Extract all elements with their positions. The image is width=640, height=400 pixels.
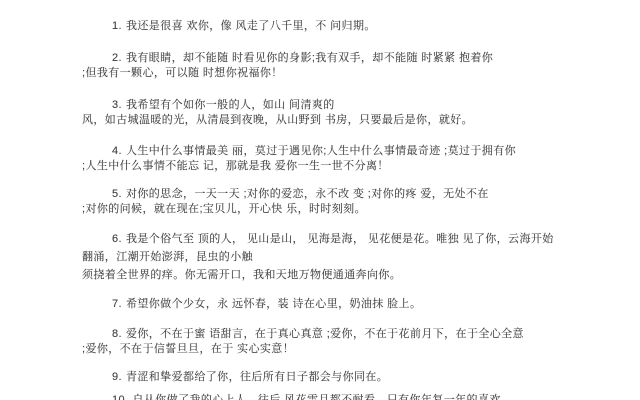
paragraph-number: 2. [112,52,122,64]
document-page: 1.我还是很喜 欢你，像 风走了八千里，不 问归期。2.我有眼睛，却不能随 时看… [0,0,640,400]
paragraph-list: 1.我还是很喜 欢你，像 风走了八千里，不 问归期。2.我有眼睛，却不能随 时看… [82,19,562,400]
paragraph: 6.我是个俗气至 顶的人， 见山是山， 见海是海， 见花便是花。唯独 见了你，云… [82,230,562,284]
paragraph-first-line: 1.我还是很喜 欢你，像 风走了八千里，不 问归期。 [82,19,562,34]
paragraph: 3.我希望有个如你一般的人，如山 间清爽的风，如古城温暖的光，从清晨到夜晚，从山… [82,98,562,128]
paragraph-first-line: 9.青涩和挚爱都给了你，往后所有日子都会与你同在。 [82,370,562,385]
paragraph-line: ;人生中什么事情不能忘 记，那就是我 爱你一生一世不分离！ [82,159,562,174]
paragraph-line: ;爱你，不在于信誓旦旦，在于 实心实意！ [82,342,562,357]
paragraph-first-line: 5.对你的思念，一天一天 ;对你的爱恋，永不改 变 ;对你的疼 爱，无处不在 [82,187,562,202]
paragraph-line: 须挠着全世界的痒。你无需开口，我和天地万物便通通奔向你。 [82,266,562,284]
paragraph: 5.对你的思念，一天一天 ;对你的爱恋，永不改 变 ;对你的疼 爱，无处不在;对… [82,187,562,217]
paragraph-line: ;但我有一颗心，可以随 时想你祝福你！ [82,66,562,81]
paragraph-first-line: 6.我是个俗气至 顶的人， 见山是山， 见海是海， 见花便是花。唯独 见了你，云… [82,230,562,248]
paragraph-number: 6. [112,233,122,245]
paragraph: 4.人生中什么事情最美 丽，莫过于遇见你;人生中什么事情最奇迹 ;莫过于拥有你;… [82,144,562,174]
paragraph-first-line: 4.人生中什么事情最美 丽，莫过于遇见你;人生中什么事情最奇迹 ;莫过于拥有你 [82,144,562,159]
paragraph-first-line: 7.希望你做个少女，永 远怀春，装 诗在心里，奶油抹 脸上。 [82,297,562,312]
paragraph-line: ;对你的问候，就在现在;宝贝儿，开心快 乐，时时刻刻。 [82,202,562,217]
paragraph-number: 4. [112,145,122,157]
paragraph-number: 5. [112,188,122,200]
paragraph-number: 3. [112,99,122,111]
paragraph-line: 风，如古城温暖的光，从清晨到夜晚，从山野到 书房，只要最后是你，就好。 [82,113,562,128]
paragraph: 8.爱你，不在于蜜 语甜言，在于真心真意 ;爱你，不在于花前月下，在于全心全意;… [82,327,562,357]
paragraph-number: 8. [112,328,122,340]
paragraph-line: 翻涌，江潮开始澎湃，昆虫的小触 [82,248,562,266]
paragraph-number: 10. [112,394,129,400]
paragraph-number: 1. [112,20,122,32]
paragraph-first-line: 2.我有眼睛，却不能随 时看见你的身影;我有双手，却不能随 时紧紧 抱着你 [82,51,562,66]
paragraph: 7.希望你做个少女，永 远怀春，装 诗在心里，奶油抹 脸上。 [82,297,562,312]
paragraph: 9.青涩和挚爱都给了你，往后所有日子都会与你同在。 [82,370,562,385]
paragraph-first-line: 3.我希望有个如你一般的人，如山 间清爽的 [82,98,562,113]
paragraph-first-line: 10.自从你做了我的心上人，往后 风花雪月都不耐看，只有你年复一年的喜欢 [82,393,562,400]
paragraph: 1.我还是很喜 欢你，像 风走了八千里，不 问归期。 [82,19,562,34]
paragraph: 10.自从你做了我的心上人，往后 风花雪月都不耐看，只有你年复一年的喜欢 [82,393,562,400]
paragraph: 2.我有眼睛，却不能随 时看见你的身影;我有双手，却不能随 时紧紧 抱着你;但我… [82,51,562,81]
paragraph-first-line: 8.爱你，不在于蜜 语甜言，在于真心真意 ;爱你，不在于花前月下，在于全心全意 [82,327,562,342]
paragraph-number: 9. [112,371,122,383]
paragraph-number: 7. [112,298,122,310]
